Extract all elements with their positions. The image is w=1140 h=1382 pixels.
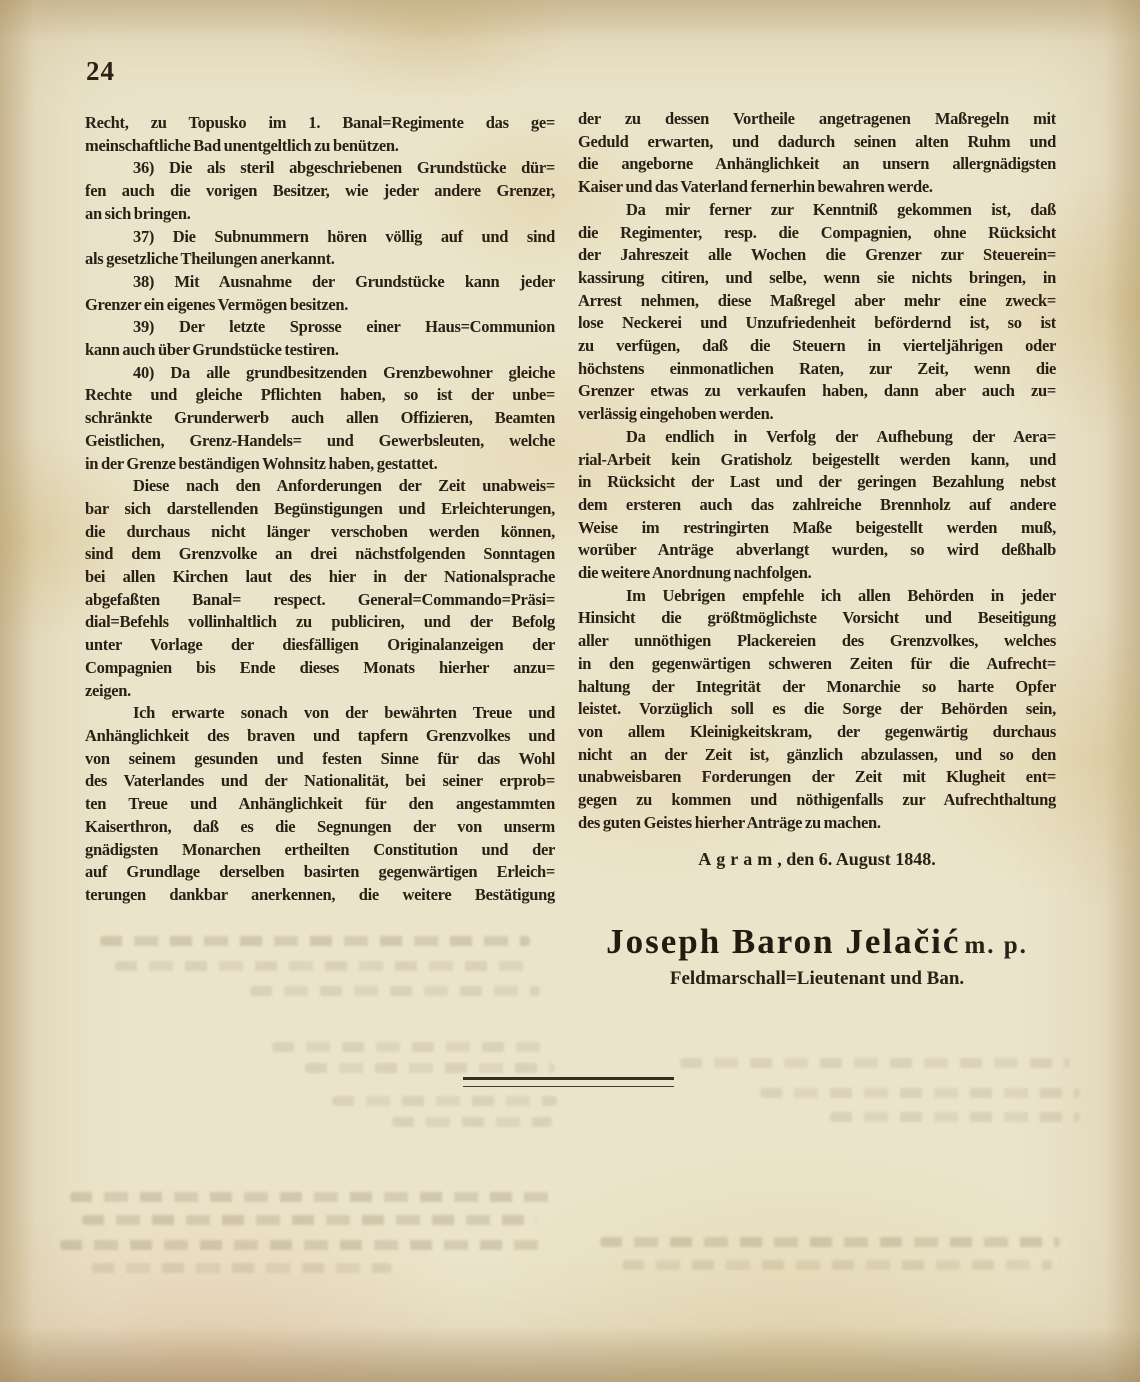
- text-line: Grenzer etwas zu verkaufen haben, dann a…: [578, 380, 1056, 403]
- text-line: dial=Befehls vollinhaltlich zu publicire…: [85, 611, 555, 634]
- bleed-through-smudge: [60, 1240, 550, 1250]
- text-line: die angeborne Anhänglichkeit an unsern a…: [578, 153, 1056, 176]
- text-line: in Rücksicht der Last und der geringen B…: [578, 471, 1056, 494]
- text-line: in den gegenwärtigen schweren Zeiten für…: [578, 653, 1056, 676]
- text-line: in der Grenze beständigen Wohnsitz haben…: [85, 453, 555, 476]
- bleed-through-smudge: [830, 1112, 1080, 1122]
- dateline-rest: , den 6. August 1848.: [777, 849, 936, 869]
- text-line: meinschaftliche Bad unentgeltlich zu ben…: [85, 135, 555, 158]
- text-line: Im Uebrigen empfehle ich allen Behörden …: [578, 585, 1056, 608]
- text-line: 38) Mit Ausnahme der Grundstücke kann je…: [85, 271, 555, 294]
- bleed-through-smudge: [92, 1263, 392, 1273]
- bleed-through-smudge: [305, 1063, 555, 1073]
- text-line: Compagnien bis Ende dieses Monats hierhe…: [85, 657, 555, 680]
- dateline-place: Agram: [698, 849, 777, 869]
- page-number: 24: [86, 56, 115, 87]
- bleed-through-smudge: [622, 1260, 1052, 1270]
- text-line: nicht an der Zeit ist, gänzlich abzulass…: [578, 744, 1056, 767]
- signature-suffix: m. p.: [964, 932, 1027, 959]
- text-line: an sich bringen.: [85, 203, 555, 226]
- text-line: schränkte Grunderwerb auch allen Offizie…: [85, 407, 555, 430]
- text-line: aller unnöthigen Plackereien des Grenzvo…: [578, 630, 1056, 653]
- signature-name: Joseph Baron Jelačić: [606, 922, 960, 961]
- text-line: Grenzer ein eigenes Vermögen besitzen.: [85, 294, 555, 317]
- text-line: als gesetzliche Theilungen anerkannt.: [85, 248, 555, 271]
- bleed-through-smudge: [82, 1215, 537, 1225]
- text-line: kassirung citiren, und selbe, wenn sie n…: [578, 267, 1056, 290]
- text-line: die weitere Anordnung nachfolgen.: [578, 562, 1056, 585]
- text-line: höchstens einmonatlichen Raten, zur Zeit…: [578, 358, 1056, 381]
- text-line: 37) Die Subnummern hören völlig auf und …: [85, 226, 555, 249]
- text-line: Rechte und gleiche Pflichten haben, so i…: [85, 384, 555, 407]
- bleed-through-smudge: [70, 1192, 550, 1202]
- text-line: lose Neckerei und Unzufriedenheit beförd…: [578, 312, 1056, 335]
- signature-role: Feldmarschall=Lieutenant und Ban.: [578, 968, 1056, 990]
- text-line: unabweisbaren Forderungen der Zeit mit K…: [578, 766, 1056, 789]
- column-right: der zu dessen Vortheile angetragenen Maß…: [578, 108, 1056, 1028]
- text-line: verlässig eingehoben werden.: [578, 403, 1056, 426]
- dateline: Agram, den 6. August 1848.: [578, 849, 1056, 870]
- text-line: ten Treue und Anhänglichkeit für den ang…: [85, 793, 555, 816]
- text-line: bar sich darstellenden Begünstigungen un…: [85, 498, 555, 521]
- text-line: der zu dessen Vortheile angetragenen Maß…: [578, 108, 1056, 131]
- bleed-through-smudge: [680, 1058, 1070, 1068]
- text-line: gegen zu kommen und nöthigenfalls zur Au…: [578, 789, 1056, 812]
- text-line: die durchaus nicht länger verschoben wer…: [85, 521, 555, 544]
- text-line: rial-Arbeit kein Gratisholz beigestellt …: [578, 449, 1056, 472]
- text-line: zeigen.: [85, 680, 555, 703]
- bleed-through-smudge: [115, 961, 525, 971]
- text-line: Geistlichen, Grenz-Handels= und Gewerbsl…: [85, 430, 555, 453]
- text-line: dem ersteren auch das zahlreiche Brennho…: [578, 494, 1056, 517]
- text-line: sind dem Grenzvolke an drei nächstfolgen…: [85, 543, 555, 566]
- text-line: worüber Anträge abverlangt wurden, so wi…: [578, 539, 1056, 562]
- text-line: Hinsicht die größtmöglichste Vorsicht un…: [578, 607, 1056, 630]
- text-line: Recht, zu Topusko im 1. Banal=Regimente …: [85, 112, 555, 135]
- text-line: bei allen Kirchen laut des hier in der N…: [85, 566, 555, 589]
- text-line: terungen dankbar anerkennen, die weitere…: [85, 884, 555, 907]
- bleed-through-smudge: [272, 1042, 552, 1052]
- text-line: auf Grundlage derselben basirten gegenwä…: [85, 861, 555, 884]
- text-line: Kaiserthron, daß es die Segnungen der vo…: [85, 816, 555, 839]
- text-line: Ich erwarte sonach von der bewährten Tre…: [85, 702, 555, 725]
- text-line: gnädigsten Monarchen ertheilten Constitu…: [85, 839, 555, 862]
- divider-rule: [463, 1077, 674, 1087]
- text-line: 39) Der letzte Sprosse einer Haus=Commun…: [85, 316, 555, 339]
- text-line: 36) Die als steril abgeschriebenen Grund…: [85, 157, 555, 180]
- bleed-through-smudge: [600, 1237, 1060, 1247]
- text-line: Geduld erwarten, und dadurch seinen alte…: [578, 131, 1056, 154]
- bleed-through-smudge: [760, 1088, 1080, 1098]
- text-line: leistet. Vorzüglich soll es die Sorge de…: [578, 698, 1056, 721]
- text-line: Weise im restringirten Maße beigestellt …: [578, 517, 1056, 540]
- bleed-through-smudge: [392, 1117, 552, 1127]
- bleed-through-smudge: [250, 986, 540, 996]
- document-page: 24 Recht, zu Topusko im 1. Banal=Regimen…: [0, 0, 1140, 1382]
- text-line: die Regimenter, resp. die Compagnien, oh…: [578, 222, 1056, 245]
- column-left: Recht, zu Topusko im 1. Banal=Regimente …: [85, 112, 555, 918]
- bleed-through-smudge: [332, 1096, 557, 1106]
- text-line: von seinem gesunden und festen Sinne für…: [85, 748, 555, 771]
- text-line: Anhänglichkeit des braven und tapfern Gr…: [85, 725, 555, 748]
- text-line: haltung der Integrität der Monarchie so …: [578, 676, 1056, 699]
- text-line: abgefaßten Banal= respect. General=Comma…: [85, 589, 555, 612]
- column-right-lines: der zu dessen Vortheile angetragenen Maß…: [578, 108, 1056, 835]
- text-line: Da endlich in Verfolg der Aufhebung der …: [578, 426, 1056, 449]
- bleed-through-smudge: [100, 936, 530, 946]
- text-line: 40) Da alle grundbesitzenden Grenzbewohn…: [85, 362, 555, 385]
- text-line: Diese nach den Anforderungen der Zeit un…: [85, 475, 555, 498]
- text-line: unter Vorlage der diesfälligen Originala…: [85, 634, 555, 657]
- text-line: des guten Geistes hierher Anträge zu mac…: [578, 812, 1056, 835]
- text-line: zu verfügen, daß die Steuern in viertelj…: [578, 335, 1056, 358]
- text-line: der Jahreszeit alle Wochen die Grenzer z…: [578, 244, 1056, 267]
- text-line: Da mir ferner zur Kenntniß gekommen ist,…: [578, 199, 1056, 222]
- text-line: von allem Kleinigkeitskram, der gegenwär…: [578, 721, 1056, 744]
- text-line: Arrest nehmen, diese Maßregel aber mehr …: [578, 290, 1056, 313]
- text-line: kann auch über Grundstücke testiren.: [85, 339, 555, 362]
- text-line: des Vaterlandes und der Nationalität, be…: [85, 770, 555, 793]
- signature-block: Joseph Baron Jelačić m. p. Feldmarschall…: [578, 922, 1056, 990]
- text-line: fen auch die vorigen Besitzer, wie jeder…: [85, 180, 555, 203]
- text-line: Kaiser und das Vaterland fernerhin bewah…: [578, 176, 1056, 199]
